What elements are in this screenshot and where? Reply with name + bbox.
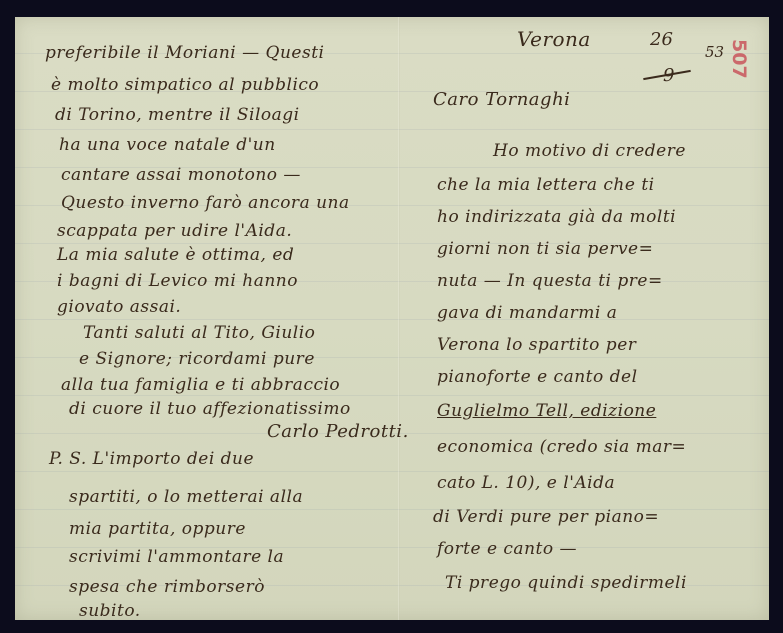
ruling-line xyxy=(15,129,769,130)
letter-line: Questo inverno farò ancora una xyxy=(61,193,350,213)
letter-line: Verona lo spartito per xyxy=(437,335,636,355)
letter-line: cato L. 10), e l'Aida xyxy=(437,473,615,493)
date-year: 53 xyxy=(705,43,724,61)
letter-line: economica (credo sia mar= xyxy=(437,437,686,457)
letter-line: è molto simpatico al pubblico xyxy=(51,75,319,95)
page-fold xyxy=(398,17,400,620)
letter-line: Ho motivo di credere xyxy=(493,141,686,161)
letter-line: i bagni di Levico mi hanno xyxy=(57,271,298,291)
date-day: 26 xyxy=(650,29,673,50)
letter-line: preferibile il Moriani — Questi xyxy=(45,43,324,63)
letter-line: gava di mandarmi a xyxy=(437,303,617,323)
letter-line: ha una voce natale d'un xyxy=(59,135,276,155)
letter-line: di Verdi pure per piano= xyxy=(433,507,659,527)
letter-line: Tanti saluti al Tito, Giulio xyxy=(83,323,315,343)
letter-line: e Signore; ricordami pure xyxy=(79,349,315,369)
letter-line: cantare assai monotono — xyxy=(61,165,301,185)
letter-line: La mia salute è ottima, ed xyxy=(57,245,294,265)
letter-line: che la mia lettera che ti xyxy=(437,175,655,195)
letter-sheet: preferibile il Moriani — Questi è molto … xyxy=(15,17,769,620)
date-month: 9 xyxy=(663,65,674,86)
postscript-line: mia partita, oppure xyxy=(69,519,246,539)
letter-line: pianoforte e canto del xyxy=(437,367,638,387)
ruling-line xyxy=(15,319,769,320)
letter-line: di cuore il tuo affezionatissimo xyxy=(69,399,351,419)
letter-line: di Torino, mentre il Siloagi xyxy=(55,105,300,125)
letter-line: giorni non ti sia perve= xyxy=(437,239,653,259)
letter-line: giovato assai. xyxy=(57,297,181,317)
signature: Carlo Pedrotti. xyxy=(267,421,409,442)
postscript-line: scrivimi l'ammontare la xyxy=(69,547,284,567)
postscript-line: spartiti, o lo metterai alla xyxy=(69,487,303,507)
letter-line: Guglielmo Tell, edizione xyxy=(437,401,656,421)
letter-line: scappata per udire l'Aida. xyxy=(57,221,292,241)
postscript-line: subito. xyxy=(79,601,141,621)
postscript-line: spesa che rimborserò xyxy=(69,577,265,597)
letter-line: alla tua famiglia e ti abbraccio xyxy=(61,375,340,395)
letter-line: forte e canto — xyxy=(437,539,577,559)
ruling-line xyxy=(15,471,769,472)
letter-line: ho indirizzata già da molti xyxy=(437,207,676,227)
scan-frame: preferibile il Moriani — Questi è molto … xyxy=(0,0,783,633)
ruling-line xyxy=(15,395,769,396)
place-name: Verona xyxy=(517,27,591,51)
letter-line: Ti prego quindi spedirmeli xyxy=(445,573,687,593)
ruling-line xyxy=(15,243,769,244)
letter-line: nuta — In questa ti pre= xyxy=(437,271,663,291)
salutation: Caro Tornaghi xyxy=(433,89,570,110)
postscript-line: P. S. L'importo dei due xyxy=(49,449,254,469)
archive-number-stamp: 507 xyxy=(728,39,750,79)
